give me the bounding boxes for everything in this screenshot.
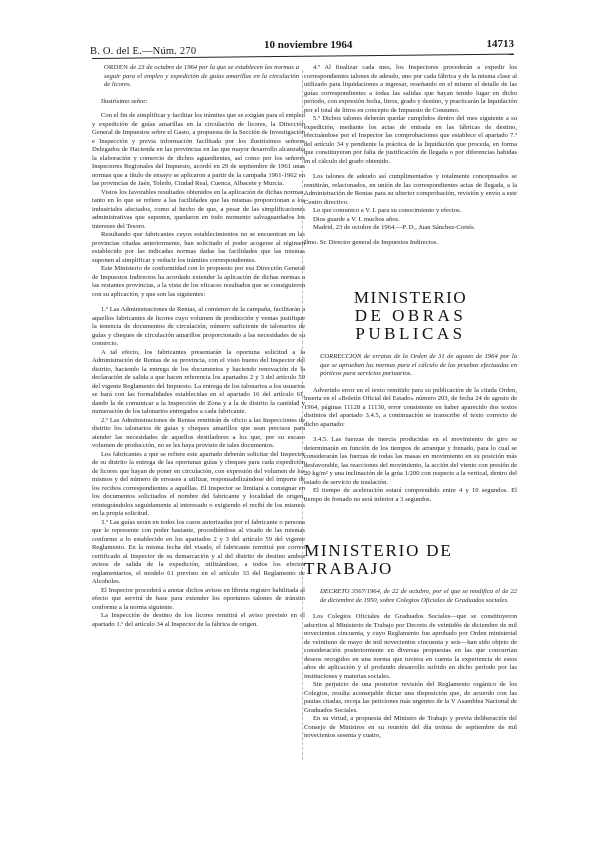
paragraph: El Inspector procederá a anotar dichos a… <box>92 587 305 613</box>
paragraph: Con el fin de simplificar y facilitar lo… <box>92 112 305 189</box>
orden-title: ORDEN de 23 de octubre de 1964 por la qu… <box>92 64 305 90</box>
paragraph: Vistos los favorables resultados obtenid… <box>92 189 305 232</box>
paragraph: Resultando que fabricantes cuyos estable… <box>92 231 305 265</box>
paragraph: Los Colegios Oficiales de Graduados Soci… <box>304 613 517 681</box>
issue-date: 10 noviembre 1964 <box>264 39 352 51</box>
ministry-heading-trabajo: MINISTERIO DE TRABAJO <box>304 542 517 578</box>
paragraph: 3.º Las guías serán en todos los casos a… <box>92 519 305 587</box>
paragraph: Los talones de adeudo así cumplimentados… <box>304 173 517 207</box>
paragraph: 4.º Al finalizar cada mes, los Inspector… <box>304 64 517 115</box>
paragraph: 1.º Las Administraciones de Rentas, al c… <box>92 306 305 349</box>
closing-line: Dios guarde a V. I. muchos años. <box>304 216 517 225</box>
ministry-heading-obras-1: MINISTERIO <box>304 289 517 307</box>
ministry-heading-obras-2: DE OBRAS PUBLICAS <box>304 307 517 343</box>
paragraph: Advertido error en el texto remitido par… <box>304 387 517 430</box>
paragraph: 5.º Dichos talones deberán quedar cumpli… <box>304 115 517 166</box>
signature-line: Madrid, 23 de octubre de 1964.—P. D., Ju… <box>304 224 517 233</box>
paragraph: En su virtud, a propuesta del Ministro d… <box>304 715 517 741</box>
right-column: 4.º Al finalizar cada mes, los Inspector… <box>304 64 517 741</box>
paragraph: Sin perjuicio de una posterior revisión … <box>304 681 517 715</box>
closing-line: Lo que comunico a V. I. para su conocimi… <box>304 207 517 216</box>
correccion-title: CORRECCION de erratas de la Orden de 31 … <box>304 353 517 379</box>
paragraph: Este Ministerio de conformidad con lo pr… <box>92 265 305 299</box>
page-header: B. O. del E.—Núm. 270 10 noviembre 1964 … <box>88 38 516 54</box>
paragraph: La Inspección de destino de los licores … <box>92 612 305 629</box>
left-column: ORDEN de 23 de octubre de 1964 por la qu… <box>92 64 305 629</box>
addressee: Ilmo. Sr. Director general de Impuestos … <box>304 239 517 248</box>
salutation: Ilustrísimo señor: <box>92 98 305 107</box>
paragraph: Los fabricantes a que se refiere este ap… <box>92 451 305 519</box>
decreto-title: DECRETO 3567/1964, de 22 de octubre, por… <box>304 588 517 605</box>
page-number: 14713 <box>487 38 515 50</box>
paragraph: A tal efecto, los fabricantes presentará… <box>92 349 305 417</box>
publication-label: B. O. del E.—Núm. 270 <box>90 46 196 57</box>
paragraph: El tiempo de aceleración estará comprend… <box>304 487 517 504</box>
paragraph: 2.º Las Administraciones de Rentas remit… <box>92 417 305 451</box>
paragraph: 3.4.5. Las fuerzas de inercia producidas… <box>304 436 517 487</box>
